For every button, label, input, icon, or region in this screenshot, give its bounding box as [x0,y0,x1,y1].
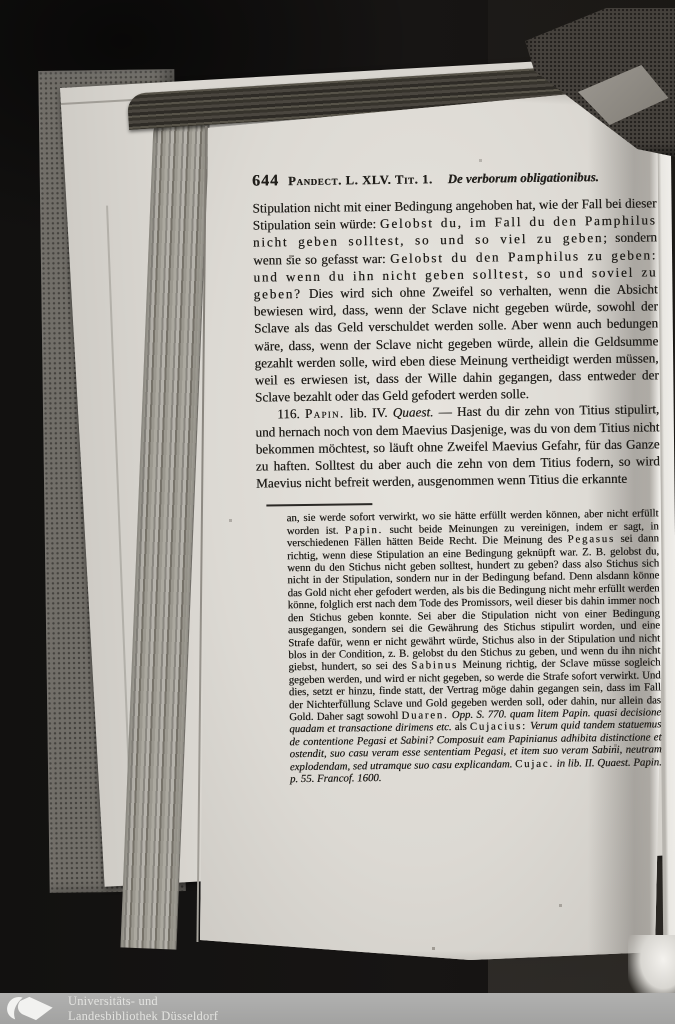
text-run: sei dann richtig, wenn diese Stipulation… [287,533,660,674]
footnote-rule [266,504,372,507]
book-scan-photo: 644 Pandect. L. XLV. Tit. 1. De verborum… [0,0,675,1024]
text-run: als [455,721,470,733]
text-run: Pegasus [568,533,616,546]
header-title: Pandect. L. XLV. Tit. 1. [288,172,433,189]
running-header: 644 Pandect. L. XLV. Tit. 1. De verborum… [252,167,656,190]
library-watermark-bar: Universitäts- und Landesbibliothek Düsse… [0,993,675,1024]
printed-text: 644 Pandect. L. XLV. Tit. 1. De verborum… [252,167,664,786]
paper-specks [0,0,1,1]
library-name: Universitäts- und Landesbibliothek Düsse… [68,994,218,1023]
page-number: 644 [252,172,279,190]
text-run: lib. IV. [344,405,393,421]
text-run: Cujacius: [470,720,527,733]
text-run: Dies wird sich ohne Zweifel so verhalten… [254,281,659,404]
library-name-line2: Landesbibliothek Düsseldorf [68,1009,218,1024]
header-subtitle: De verborum obligationibus. [448,170,599,187]
text-run: 116. [277,406,305,421]
body-paragraph: 116. Papin. lib. IV. Quaest. — Hast du d… [255,401,660,492]
text-run: Duaren. [401,709,448,722]
footnote-text: an, sie werde sofort verwirkt, wo sie hä… [286,508,662,786]
body-paragraph: Stipulation nicht mit einer Bedingung an… [252,194,659,406]
text-run: Quaest. [393,405,434,421]
text-run: Cujac. [515,757,554,770]
library-name-line1: Universitäts- und [68,994,218,1009]
text-run: Papin. [305,406,345,422]
library-logo-icon [6,995,56,1022]
text-run: Sabinus [411,659,458,672]
page-crease [106,206,132,826]
text-run: Papin. [345,524,383,536]
